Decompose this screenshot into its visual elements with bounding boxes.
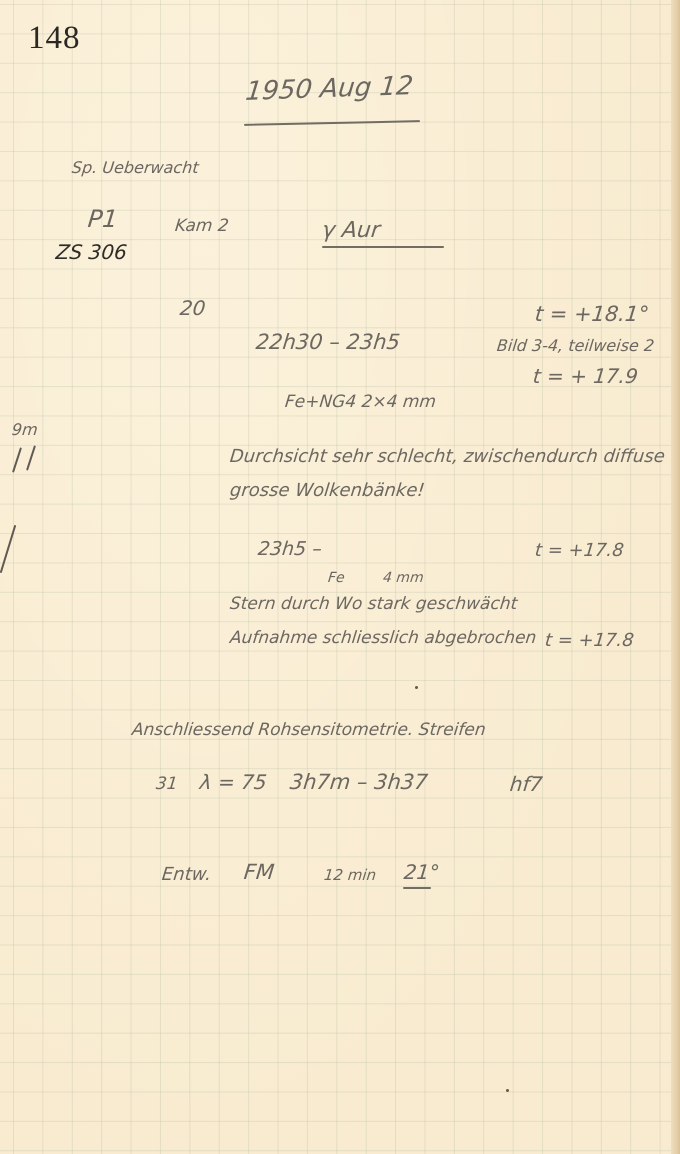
- annotation-4mm: 4 mm: [382, 570, 424, 586]
- remark-line-1: Durchsicht sehr schlecht, zwischendurch …: [229, 446, 666, 467]
- exposure-2-temp-end: t = +17.8: [544, 630, 635, 651]
- temperature-underline: [403, 887, 431, 889]
- sensitometry-value: λ = 75: [199, 770, 268, 794]
- exposure-time-range: 22h30 – 23h5: [255, 330, 402, 354]
- annotation-fe: Fe: [327, 570, 345, 586]
- page-binding-edge: [671, 0, 680, 1154]
- temperature-end: t = + 17.9: [532, 364, 639, 388]
- exposure-2-time-start: 23h5 –: [257, 538, 323, 560]
- exposure-index: 20: [179, 296, 207, 320]
- ink-spot: [415, 686, 418, 689]
- camera-label: Kam 2: [174, 216, 230, 236]
- exposure-2-temperature: t = +17.8: [534, 540, 625, 561]
- development-duration: 12 min: [323, 866, 377, 884]
- exposure-2-note-2: Aufnahme schliesslich abgebrochen: [229, 628, 537, 648]
- remark-line-2: grosse Wolkenbänke!: [229, 480, 426, 501]
- development-temperature: 21°: [403, 860, 441, 884]
- filter-note: Fe+NG4 2×4 mm: [284, 392, 437, 412]
- development-developer: FM: [243, 860, 276, 884]
- sensitometry-index: 31: [155, 774, 179, 794]
- observer-note: Sp. Ueberwacht: [71, 158, 200, 177]
- temperature-start: t = +18.1°: [534, 302, 651, 326]
- margin-marker-9m: 9m: [11, 420, 39, 439]
- page-number: 148: [28, 20, 81, 57]
- target-star: γ Aur: [321, 218, 382, 243]
- plate-number: ZS 306: [55, 240, 128, 264]
- ink-spot-bottom: [506, 1089, 509, 1092]
- date-heading: 1950 Aug 12: [244, 71, 414, 107]
- target-underline: [322, 246, 444, 248]
- sensitometry-time-range: 3h7m – 3h37: [289, 770, 429, 794]
- sensitometry-unit: hf7: [509, 772, 544, 796]
- development-label: Entw.: [161, 864, 212, 885]
- closing-note: Anschliessend Rohsensitometrie. Streifen: [131, 720, 487, 740]
- image-note: Bild 3-4, teilweise 2: [496, 336, 655, 355]
- exposure-2-note-1: Stern durch Wo stark geschwächt: [229, 594, 518, 614]
- instrument-label: P1: [87, 205, 120, 233]
